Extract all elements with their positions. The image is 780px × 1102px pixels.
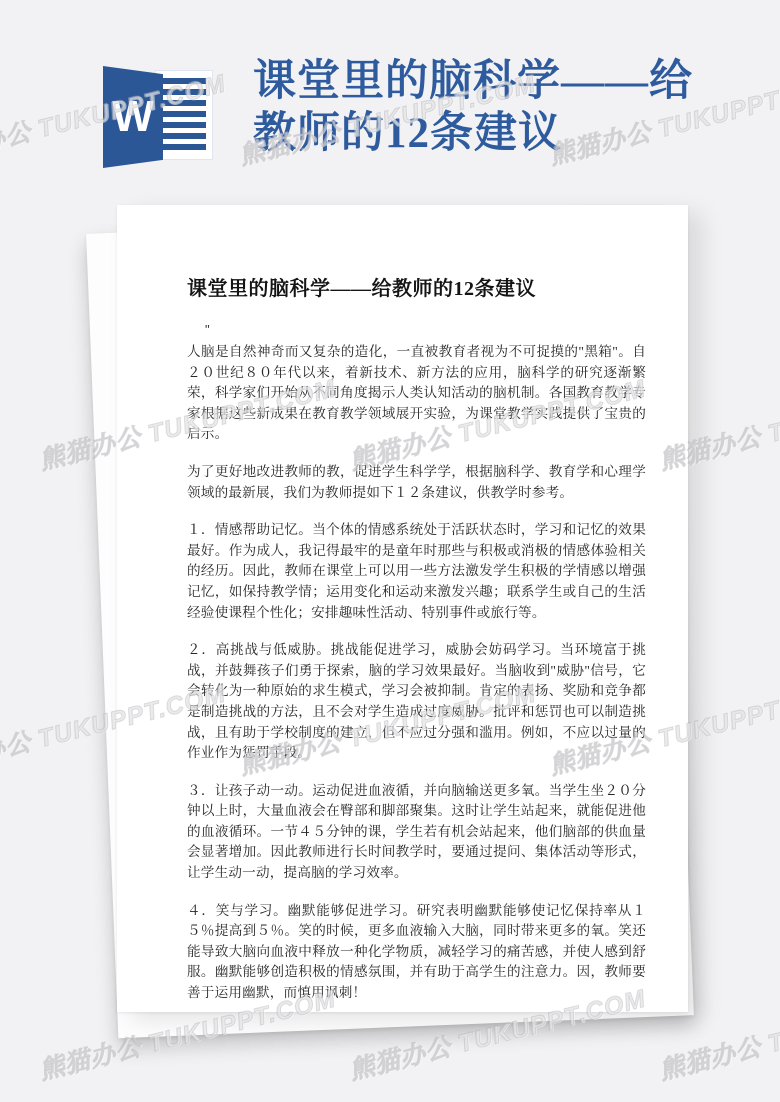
document-quote-mark: " bbox=[205, 323, 646, 337]
doc-paragraph: ３．让孩子动一动。运动促进血液循，并向脑输送更多氧。当学生坐２０分钟以上时，大量… bbox=[187, 781, 646, 884]
word-w-panel-icon: W bbox=[103, 66, 163, 168]
document-title: 课堂里的脑科学——给教师的12条建议 bbox=[187, 276, 646, 302]
header: W 课堂里的脑科学——给 教师的12条建议 bbox=[0, 0, 780, 190]
page-title-line2: 教师的12条建议 bbox=[253, 108, 723, 160]
doc-paragraph: ２．高挑战与低威胁。挑战能促进学习，威胁会妨码学习。当环境富于挑战，并鼓舞孩子们… bbox=[187, 640, 646, 764]
doc-paragraph: 为了更好地改进教师的教，促进学生科学学，根据脑科学、教育学和心理学领域的最新展，… bbox=[187, 462, 646, 503]
document-body: 人脑是自然神奇而又复杂的造化，一直被教育者视为不可捉摸的"黑箱"。自２０世纪８０… bbox=[187, 342, 646, 1004]
word-icon: W bbox=[103, 66, 213, 168]
doc-paragraph: 人脑是自然神奇而又复杂的造化，一直被教育者视为不可捉摸的"黑箱"。自２０世纪８０… bbox=[187, 342, 646, 445]
page-title: 课堂里的脑科学——给 教师的12条建议 bbox=[253, 56, 723, 160]
word-icon-letter: W bbox=[112, 95, 154, 139]
word-document-stripes bbox=[162, 78, 206, 152]
document-page: 课堂里的脑科学——给教师的12条建议 " 人脑是自然神奇而又复杂的造化，一直被教… bbox=[117, 205, 688, 1012]
word-document-lines-icon bbox=[155, 70, 213, 160]
doc-paragraph: １．情感帮助记忆。当个体的情感系统处于活跃状态时，学习和记忆的效果最好。作为成人… bbox=[187, 520, 646, 623]
doc-paragraph: ４．笑与学习。幽默能够促进学习。研究表明幽默能够使记忆保持率从１５％提高到５％。… bbox=[187, 901, 646, 1004]
page-title-line1: 课堂里的脑科学——给 bbox=[253, 56, 723, 108]
